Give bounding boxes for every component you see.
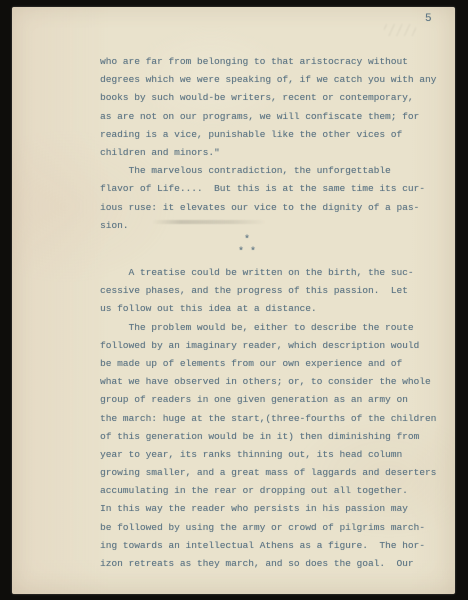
typed-line: degrees which we were speaking of, if we… (100, 71, 436, 89)
typed-line: izon retreats as they march, and so does… (100, 555, 436, 573)
typed-line: followed by an imaginary reader, which d… (100, 337, 436, 355)
erased-text-smudge (152, 220, 266, 224)
paper-page: 5 who are far from belonging to that ari… (12, 7, 455, 594)
typed-paragraph-block-1: who are far from belonging to that arist… (100, 53, 436, 235)
typed-line: year to year, its ranks thinning out, it… (100, 446, 436, 464)
typed-line: of this generation would be in it) then … (100, 428, 436, 446)
typed-line: In this way the reader who persists in h… (100, 500, 436, 518)
typed-line: reading is a vice, punishable like the o… (100, 126, 436, 144)
typed-line: who are far from belonging to that arist… (100, 53, 436, 71)
typed-line: be made up of elements from our own expe… (100, 355, 436, 373)
pencil-smudge-marks (384, 24, 416, 36)
typed-line: A treatise could be written on the birth… (100, 264, 436, 282)
typed-line: The problem would be, either to describe… (100, 319, 436, 337)
typed-line: group of readers in one given generation… (100, 391, 436, 409)
asterisk-row-1: * (222, 235, 272, 247)
asterisk-row-2: * * (222, 247, 272, 259)
typed-line: sion. (100, 217, 436, 235)
typed-line: be followed by using the army or crowd o… (100, 519, 436, 537)
asterisk-section-separator: * * * (222, 235, 272, 259)
typed-line: ing towards an intellectual Athens as a … (100, 537, 436, 555)
typed-line: ious ruse: it elevates our vice to the d… (100, 199, 436, 217)
photo-frame: 5 who are far from belonging to that ari… (0, 0, 468, 600)
typed-line: children and minors." (100, 144, 436, 162)
typed-line: us follow out this idea at a distance. (100, 300, 436, 318)
typed-line: accumulating in the rear or dropping out… (100, 482, 436, 500)
typed-line: as are not on our programs, we will conf… (100, 108, 436, 126)
typed-line: cessive phases, and the progress of this… (100, 282, 436, 300)
typed-line: books by such would-be writers, recent o… (100, 89, 436, 107)
typed-line: what we have observed in others; or, to … (100, 373, 436, 391)
typed-line: The marvelous contradiction, the unforge… (100, 162, 436, 180)
typed-line: flavor of Life.... But this is at the sa… (100, 180, 436, 198)
typed-paragraph-block-2: A treatise could be written on the birth… (100, 264, 436, 573)
typed-line: the march: huge at the start,(three-four… (100, 410, 436, 428)
page-number: 5 (425, 12, 432, 26)
typed-line: growing smaller, and a great mass of lag… (100, 464, 436, 482)
